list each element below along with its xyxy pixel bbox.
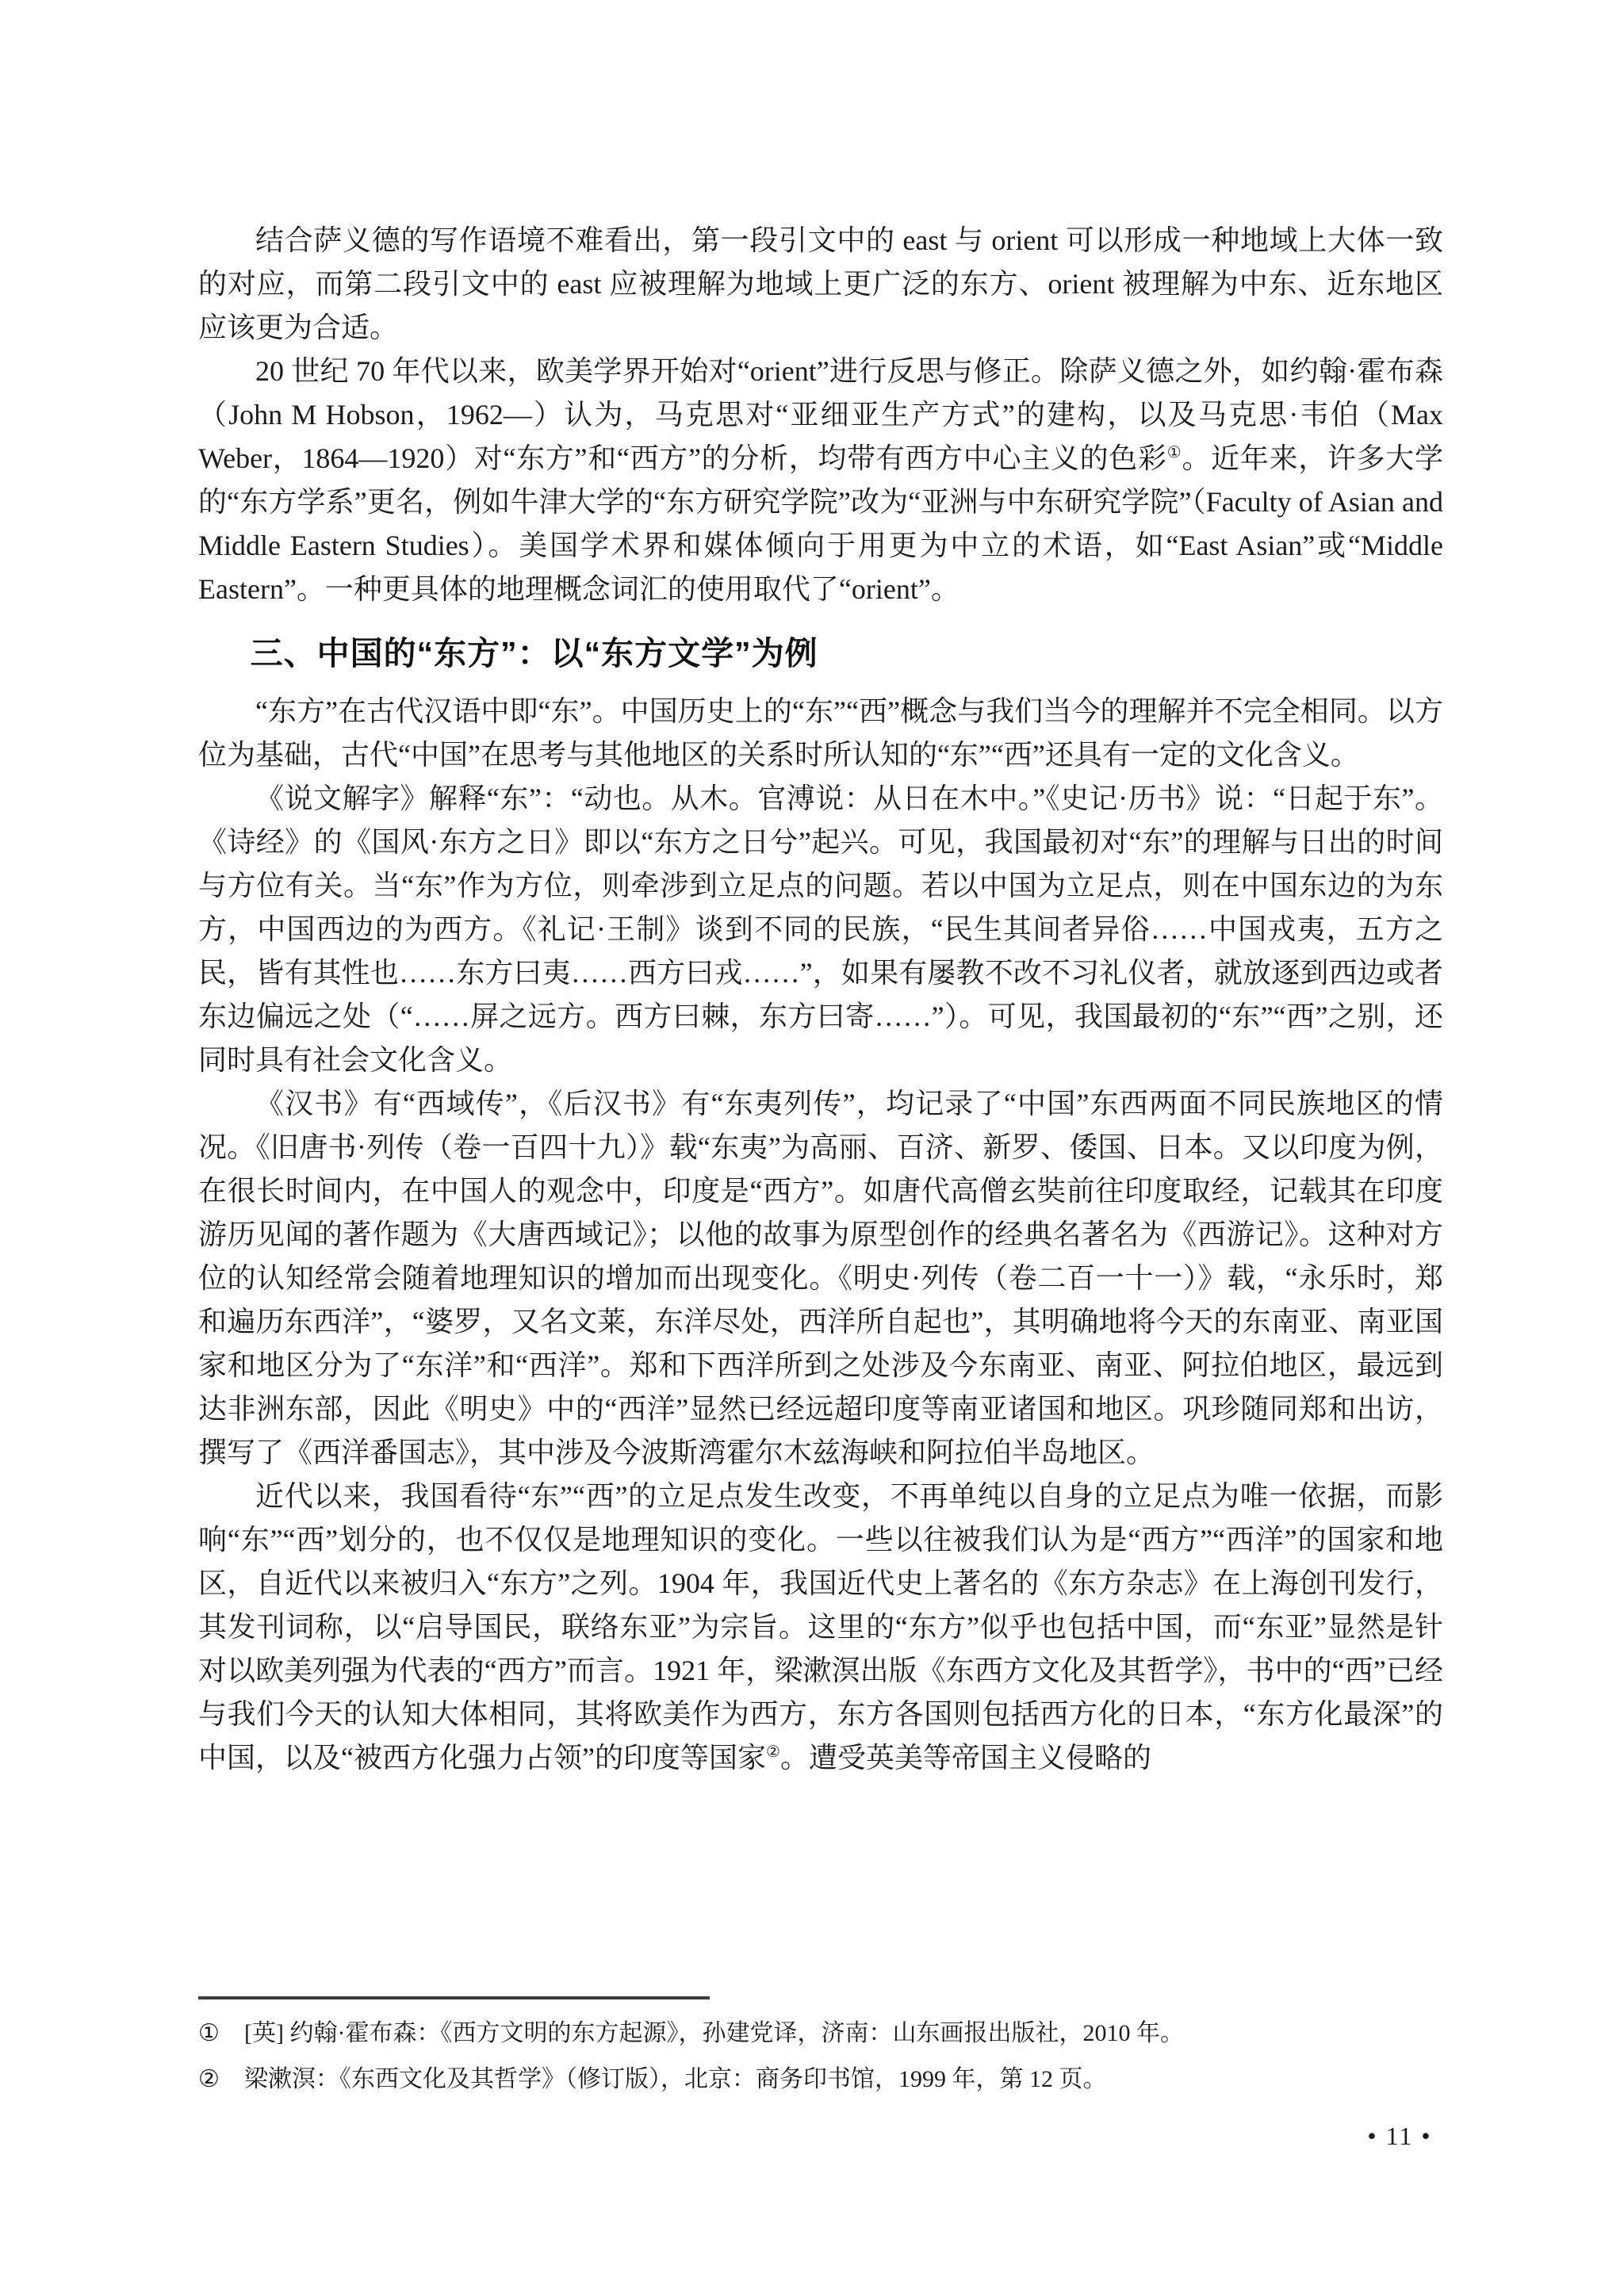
- body-paragraph: “东方”在古代汉语中即“东”。中国历史上的“东”“西”概念与我们当今的理解并不完…: [198, 690, 1443, 777]
- body-paragraph: 《说文解字》解释“东”：“动也。从木。官溥说：从日在木中。”《史记·历书》说：“…: [198, 777, 1443, 1082]
- text-run: 三、中国的“东方”：以“东方文学”为例: [251, 635, 818, 672]
- text-run: 《汉书》有“西域传”，《后汉书》有“东夷列传”，均记录了“中国”东西两面不同民族…: [198, 1088, 1443, 1468]
- footnote-item: ①[英] 约翰·霍布森：《西方文明的东方起源》，孙建党译，济南：山东画报出版社，…: [198, 2011, 1443, 2057]
- footnote-separator-rule: [198, 1996, 710, 1999]
- text-run: 《说文解字》解释“东”：“动也。从木。官溥说：从日在木中。”《史记·历书》说：“…: [198, 783, 1443, 1076]
- section-heading: 三、中国的“东方”：以“东方文学”为例: [198, 632, 1443, 675]
- footnote-item: ②梁漱溟：《东西文化及其哲学》（修订版），北京：商务印书馆，1999 年，第 1…: [198, 2057, 1443, 2103]
- footnote-reference-marker: ①: [1167, 444, 1182, 461]
- body-paragraph: 20 世纪 70 年代以来，欧美学界开始对“orient”进行反思与修正。除萨义…: [198, 350, 1443, 611]
- footnote-list: ①[英] 约翰·霍布森：《西方文明的东方起源》，孙建党译，济南：山东画报出版社，…: [198, 2011, 1443, 2103]
- footnote-reference-marker: ②: [766, 1743, 780, 1761]
- article-body: 结合萨义德的写作语境不难看出，第一段引文中的 east 与 orient 可以形…: [198, 219, 1443, 1780]
- footnote-number-marker: ①: [198, 2011, 244, 2057]
- footnote-text: 梁漱溟：《东西文化及其哲学》（修订版），北京：商务印书馆，1999 年，第 12…: [244, 2057, 1443, 2103]
- text-run: 结合萨义德的写作语境不难看出，第一段引文中的 east 与 orient 可以形…: [198, 224, 1443, 343]
- body-paragraph: 近代以来，我国看待“东”“西”的立足点发生改变，不再单纯以自身的立足点为唯一依据…: [198, 1475, 1443, 1780]
- body-paragraph: 《汉书》有“西域传”，《后汉书》有“东夷列传”，均记录了“中国”东西两面不同民族…: [198, 1082, 1443, 1475]
- text-run: 近代以来，我国看待“东”“西”的立足点发生改变，不再单纯以自身的立足点为唯一依据…: [198, 1480, 1443, 1774]
- footnote-area: ①[英] 约翰·霍布森：《西方文明的东方起源》，孙建党译，济南：山东画报出版社，…: [198, 1996, 1443, 2103]
- footnote-number-marker: ②: [198, 2057, 244, 2103]
- document-page: 结合萨义德的写作语境不难看出，第一段引文中的 east 与 orient 可以形…: [0, 0, 1624, 2296]
- page-number: • 11 •: [1348, 2122, 1451, 2151]
- text-run: 。遭受英美等帝国主义侵略的: [780, 1742, 1151, 1774]
- text-run: “东方”在古代汉语中即“东”。中国历史上的“东”“西”概念与我们当今的理解并不完…: [198, 695, 1443, 771]
- body-paragraph: 结合萨义德的写作语境不难看出，第一段引文中的 east 与 orient 可以形…: [198, 219, 1443, 350]
- footnote-text: [英] 约翰·霍布森：《西方文明的东方起源》，孙建党译，济南：山东画报出版社，2…: [244, 2011, 1443, 2057]
